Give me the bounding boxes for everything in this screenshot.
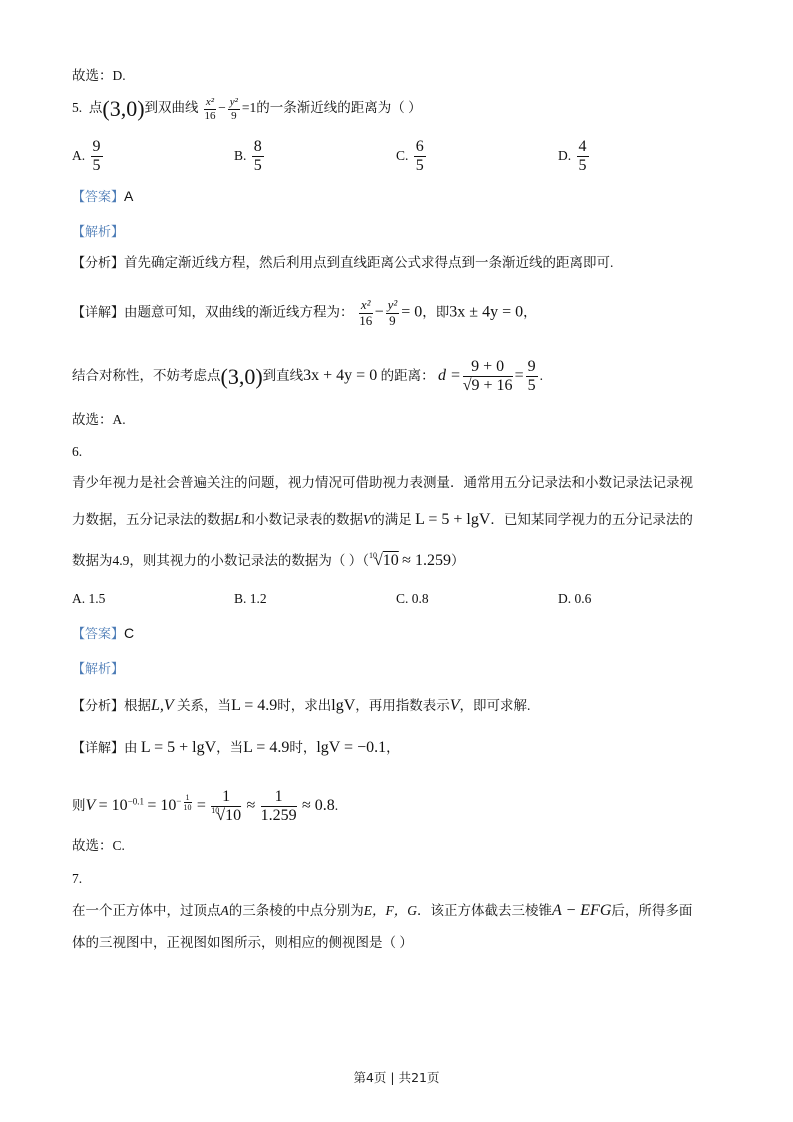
q5-answer-row: 【答案】A: [72, 189, 133, 204]
q6-option-c: C. 0.8: [396, 591, 429, 607]
q6-fenxi: 【分析】根据L,V 关系，当L = 4.9时，求出lgV，再用指数表示V，即可求…: [72, 698, 530, 714]
q5-option-a: A. 95: [72, 138, 105, 176]
q5-distance-line: 结合对称性，不妨考虑点(3,0)到直线3x + 4y = 0 的距离： d =9…: [72, 358, 543, 396]
q5-l2-point: (3,0): [221, 364, 263, 389]
answer-tag: 【答案】: [72, 190, 124, 205]
minus: −: [375, 304, 384, 321]
page-separator: |: [390, 1070, 394, 1085]
page-total: 共21页: [399, 1070, 440, 1085]
q5-point: (3,0): [102, 96, 144, 121]
q5-option-d: D. 45: [558, 138, 591, 176]
page-footer: 第4页 | 共21页: [0, 1068, 793, 1086]
equals: =: [515, 367, 524, 384]
q5-asym-y-term: y²9: [386, 298, 400, 329]
q6-analysis-tag: 【解析】: [72, 662, 124, 676]
q6-answer: C: [124, 625, 134, 641]
q5-asym-lines: 3x ± 4y = 0: [449, 304, 523, 321]
q6-stem-line2: 力数据，五分记录法的数据L和小数记录表的数据V的满足 L = 5 + lgV．已…: [72, 512, 693, 528]
q5-distance-result: 95: [526, 358, 538, 396]
q5-stem-mid: 到双曲线: [145, 100, 199, 115]
q6-tenth-root: 10√10: [369, 553, 399, 569]
q5-xj-text1: 由题意可知，双曲线的渐近线方程为：: [124, 305, 354, 320]
fenxi-tag: 【分析】: [72, 699, 124, 714]
q6-option-d: D. 0.6: [558, 591, 591, 607]
q5-xj-text3: ，: [523, 305, 537, 320]
q5-distance-lhs: d =: [438, 367, 461, 384]
q5-stem: 5. 点(3,0)到双曲线 x²16−y²9=1的一条渐近线的距离为（ ）: [72, 96, 422, 122]
q6-formula: L = 5 + lgV: [415, 511, 490, 528]
q5-l2-text2: 到直线: [263, 368, 304, 383]
q5-analysis-tag: 【解析】: [72, 225, 124, 239]
q5-stem-suffix: 的一条渐近线的距离为（ ）: [256, 100, 421, 115]
q5-answer: A: [124, 188, 133, 204]
q5-l2-text1: 结合对称性，不妨考虑点: [72, 368, 221, 383]
q6-stem-line1: 青少年视力是社会普遍关注的问题，视力情况可借助视力表测量．通常用五分记录法和小数…: [72, 476, 693, 490]
q5-stem-prefix: 点: [89, 100, 103, 115]
q5-asym-x-term: x²16: [359, 298, 373, 329]
q5-hyperbola-rhs: =1: [242, 100, 256, 115]
q5-fenxi-text: 首先确定渐近线方程，然后利用点到直线距离公式求得点到一条渐近线的距离即可.: [124, 255, 613, 270]
q7-number: 7.: [72, 872, 82, 886]
q5-option-c: C. 65: [396, 138, 428, 176]
q5-number: 5.: [72, 100, 82, 115]
q6-option-b: B. 1.2: [234, 591, 267, 607]
q6-answer-row: 【答案】C: [72, 626, 134, 641]
q6-conclusion: 故选：C.: [72, 839, 125, 853]
q5-l2-text3: 的距离：: [381, 368, 435, 383]
q5-xj-text2: ，即: [422, 305, 449, 320]
minus: −: [218, 100, 226, 115]
q5-hyperbola-x-term: x²16: [204, 96, 216, 122]
q4-conclusion: 故选：D.: [72, 69, 126, 83]
q5-distance-fraction: 9 + 0√9 + 16: [463, 358, 513, 396]
q5-asym-rhs: = 0: [401, 304, 422, 321]
q6-xiangjie: 【详解】由 L = 5 + lgV，当L = 4.9时，lgV = −0.1，: [72, 740, 400, 756]
period: .: [540, 368, 543, 383]
q7-stem-line1: 在一个正方体中，过顶点A的三条棱的中点分别为E，F，G．该正方体截去三棱锥A −…: [72, 903, 692, 919]
answer-tag: 【答案】: [72, 627, 124, 642]
q6-calculation: 则V = 10−0.1 = 10−110 = 110√10 ≈ 11.259 ≈…: [72, 788, 338, 826]
q5-option-b: B. 85: [234, 138, 266, 176]
q6-option-a: A. 1.5: [72, 591, 105, 607]
q6-stem-line3: 数据为4.9，则其视力的小数记录法的数据为（ ）（10√10 ≈ 1.259）: [72, 553, 464, 569]
q5-xiangjie: 【详解】由题意可知，双曲线的渐近线方程为： x²16−y²9= 0，即3x ± …: [72, 298, 537, 329]
q5-fenxi: 【分析】首先确定渐近线方程，然后利用点到直线距离公式求得点到一条渐近线的距离即可…: [72, 256, 613, 270]
q5-l2-line: 3x + 4y = 0: [303, 367, 377, 384]
q6-frac-decimal: 11.259: [261, 788, 297, 826]
xiangjie-tag: 【详解】: [72, 741, 124, 756]
xiangjie-tag: 【详解】: [72, 306, 124, 321]
q5-hyperbola-y-term: y²9: [228, 96, 240, 122]
q5-conclusion: 故选：A.: [72, 413, 126, 427]
page-current: 第4页: [353, 1070, 386, 1085]
q6-frac-root: 110√10: [211, 788, 241, 826]
fenxi-tag: 【分析】: [72, 256, 124, 271]
q6-number: 6.: [72, 445, 82, 459]
q7-stem-line2: 体的三视图中，正视图如图所示，则相应的侧视图是（ ）: [72, 936, 413, 950]
